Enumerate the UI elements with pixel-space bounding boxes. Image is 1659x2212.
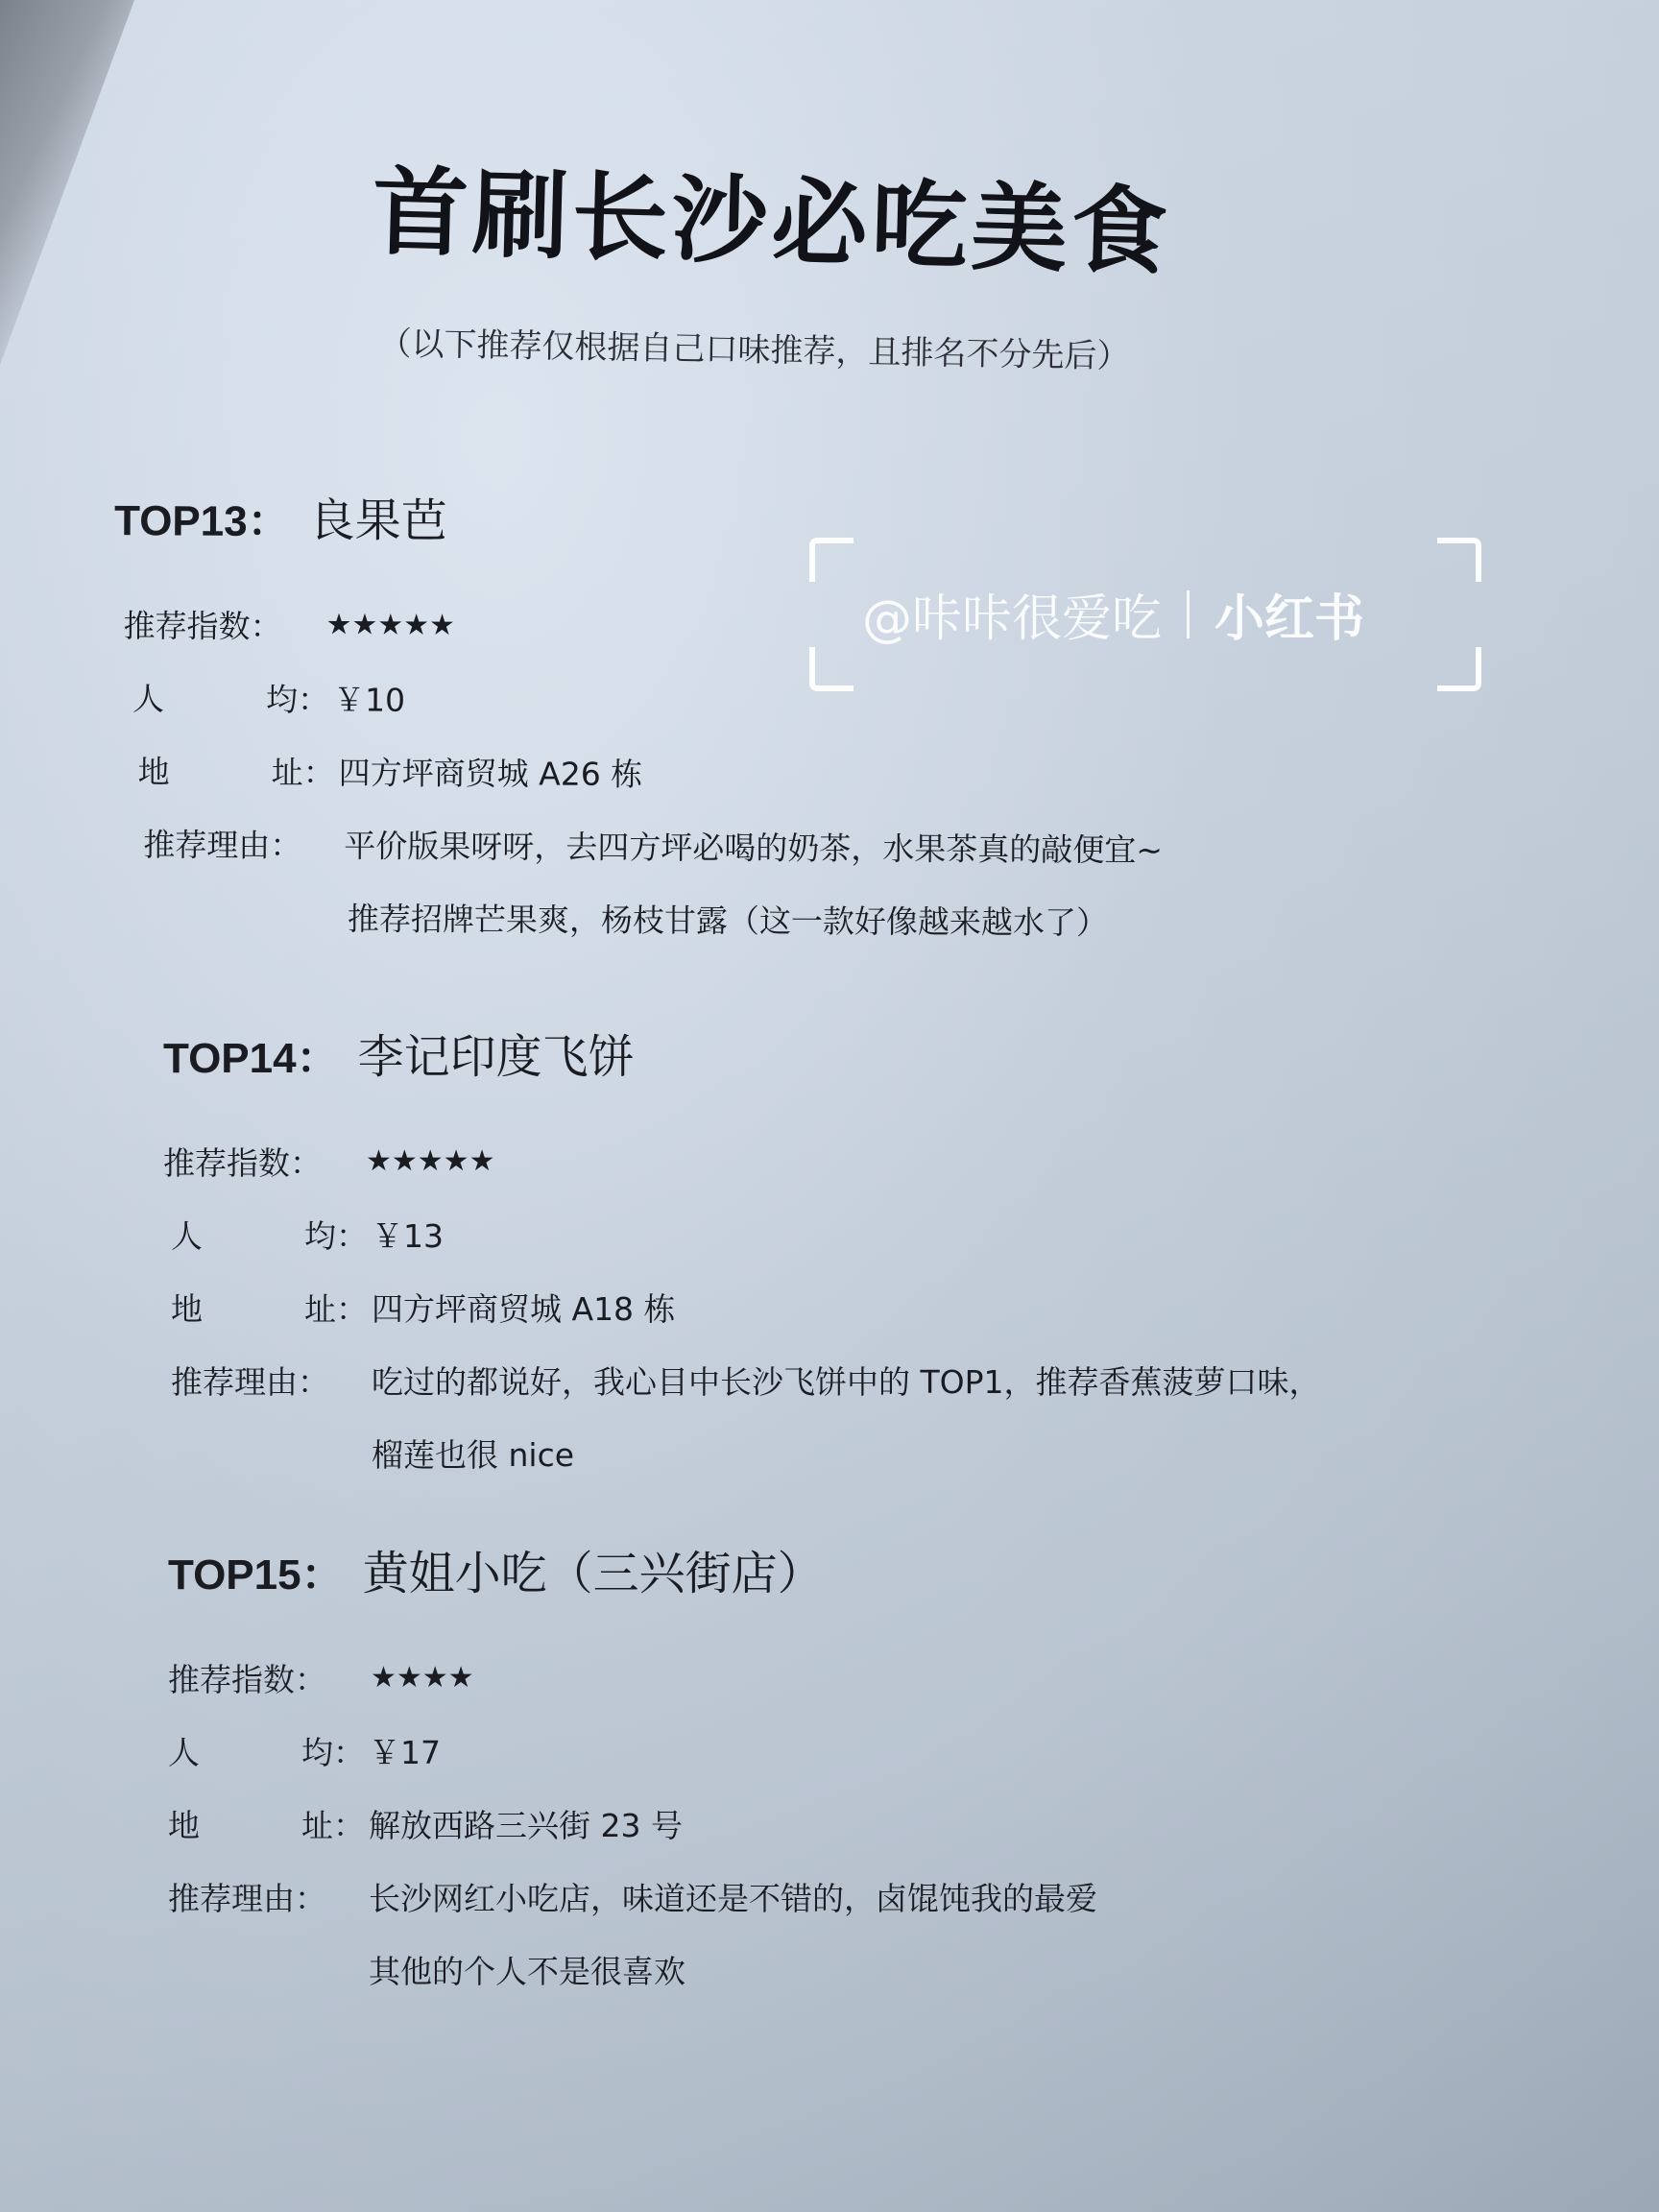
- reason-row: 推荐理由： 平价版果呀呀，去四方坪必喝的奶茶，水果茶真的敲便宜~: [143, 805, 1163, 884]
- avg-price-label: 人 均：: [132, 674, 329, 720]
- reason-line: 长沙网红小吃店，味道还是不错的，卤馄饨我的最爱: [369, 1874, 1097, 1919]
- address-label: 地 址：: [168, 1801, 365, 1846]
- entry-name: 黄姐小吃（三兴街店）: [363, 1536, 824, 1602]
- avg-price-label: 人 均：: [168, 1728, 365, 1773]
- watermark-brand-logo: 小红书: [1214, 578, 1364, 650]
- entry-top15: TOP15： 黄姐小吃（三兴街店） 推荐指数： ★★★★ 人 均： ￥17 地 …: [168, 1536, 1097, 2006]
- entry-heading: TOP15： 黄姐小吃（三兴街店）: [168, 1536, 1097, 1602]
- avg-price-label: 人 均：: [171, 1212, 368, 1257]
- star-rating: ★★★★: [371, 1661, 474, 1695]
- star-rating: ★★★★★: [325, 608, 455, 642]
- entry-rank: TOP14：: [163, 1023, 339, 1085]
- star-icon: ★★★★★: [325, 608, 455, 642]
- watermark-corner-icon: [1437, 538, 1481, 582]
- reason-line: 推荐招牌芒果爽，杨枝甘露（这一款好像越来越水了）: [147, 878, 1163, 957]
- watermark-divider: [1187, 590, 1190, 638]
- watermark-handle: @咔咔很爱吃: [862, 578, 1162, 650]
- address-value: 解放西路三兴街 23 号: [369, 1801, 683, 1846]
- avg-price-value: ￥10: [333, 675, 405, 720]
- page-title: 首刷长沙必吃美食: [371, 134, 1172, 294]
- address-row: 地 址： 四方坪商贸城 A26 栋: [138, 733, 1164, 811]
- avg-price-value: ￥17: [369, 1728, 441, 1773]
- entry-heading: TOP14： 李记印度飞饼: [163, 1020, 1321, 1086]
- entry-top14: TOP14： 李记印度飞饼 推荐指数： ★★★★★ 人 均： ￥13 地 址： …: [163, 1020, 1321, 1489]
- reason-label: 推荐理由：: [168, 1874, 365, 1919]
- avg-price-value: ￥13: [372, 1212, 444, 1257]
- reason-line: 吃过的都说好，我心目中长沙飞饼中的 TOP1，推荐香蕉菠萝口味，: [372, 1358, 1321, 1403]
- rating-row: 推荐指数： ★★★★: [168, 1641, 1097, 1714]
- reason-label: 推荐理由：: [143, 820, 340, 866]
- document-page: 首刷长沙必吃美食 （以下推荐仅根据自己口味推荐，且排名不分先后） TOP13： …: [0, 0, 1659, 2212]
- reason-line: 榴莲也很 nice: [171, 1416, 1321, 1489]
- entry-name: 良果芭: [309, 483, 447, 550]
- entry-rank: TOP13：: [114, 486, 290, 548]
- rating-label: 推荐指数：: [163, 1139, 360, 1184]
- watermark-corner-icon: [809, 647, 854, 691]
- rating-row: 推荐指数： ★★★★★: [163, 1124, 1321, 1197]
- avg-price-row: 人 均： ￥13: [171, 1197, 1321, 1270]
- reason-row: 推荐理由： 长沙网红小吃店，味道还是不错的，卤馄饨我的最爱: [168, 1860, 1097, 1933]
- rating-label: 推荐指数：: [168, 1655, 365, 1700]
- rating-label: 推荐指数：: [123, 601, 320, 647]
- entry-name: 李记印度飞饼: [358, 1020, 635, 1086]
- star-rating: ★★★★★: [366, 1144, 494, 1178]
- watermark-text: @咔咔很爱吃 小红书: [862, 578, 1364, 650]
- watermark-corner-icon: [1437, 647, 1481, 691]
- star-icon: ★★★★: [371, 1661, 474, 1695]
- address-value: 四方坪商贸城 A26 栋: [339, 748, 643, 795]
- avg-price-row: 人 均： ￥17: [168, 1714, 1097, 1787]
- address-row: 地 址： 解放西路三兴街 23 号: [168, 1787, 1097, 1860]
- watermark-corner-icon: [809, 538, 854, 582]
- reason-row: 推荐理由： 吃过的都说好，我心目中长沙飞饼中的 TOP1，推荐香蕉菠萝口味，: [171, 1343, 1321, 1416]
- reason-label: 推荐理由：: [171, 1358, 368, 1403]
- reason-line: 其他的个人不是很喜欢: [168, 1933, 1097, 2006]
- star-icon: ★★★★★: [366, 1144, 494, 1178]
- address-label: 地 址：: [171, 1285, 368, 1330]
- watermark: @咔咔很爱吃 小红书: [809, 538, 1481, 691]
- reason-line: 平价版果呀呀，去四方坪必喝的奶茶，水果茶真的敲便宜~: [344, 821, 1163, 870]
- address-value: 四方坪商贸城 A18 栋: [372, 1285, 676, 1330]
- address-row: 地 址： 四方坪商贸城 A18 栋: [171, 1270, 1321, 1343]
- page-subtitle: （以下推荐仅根据自己口味推荐，且排名不分先后）: [378, 317, 1130, 377]
- address-label: 地 址：: [138, 747, 335, 793]
- entry-rank: TOP15：: [168, 1540, 344, 1601]
